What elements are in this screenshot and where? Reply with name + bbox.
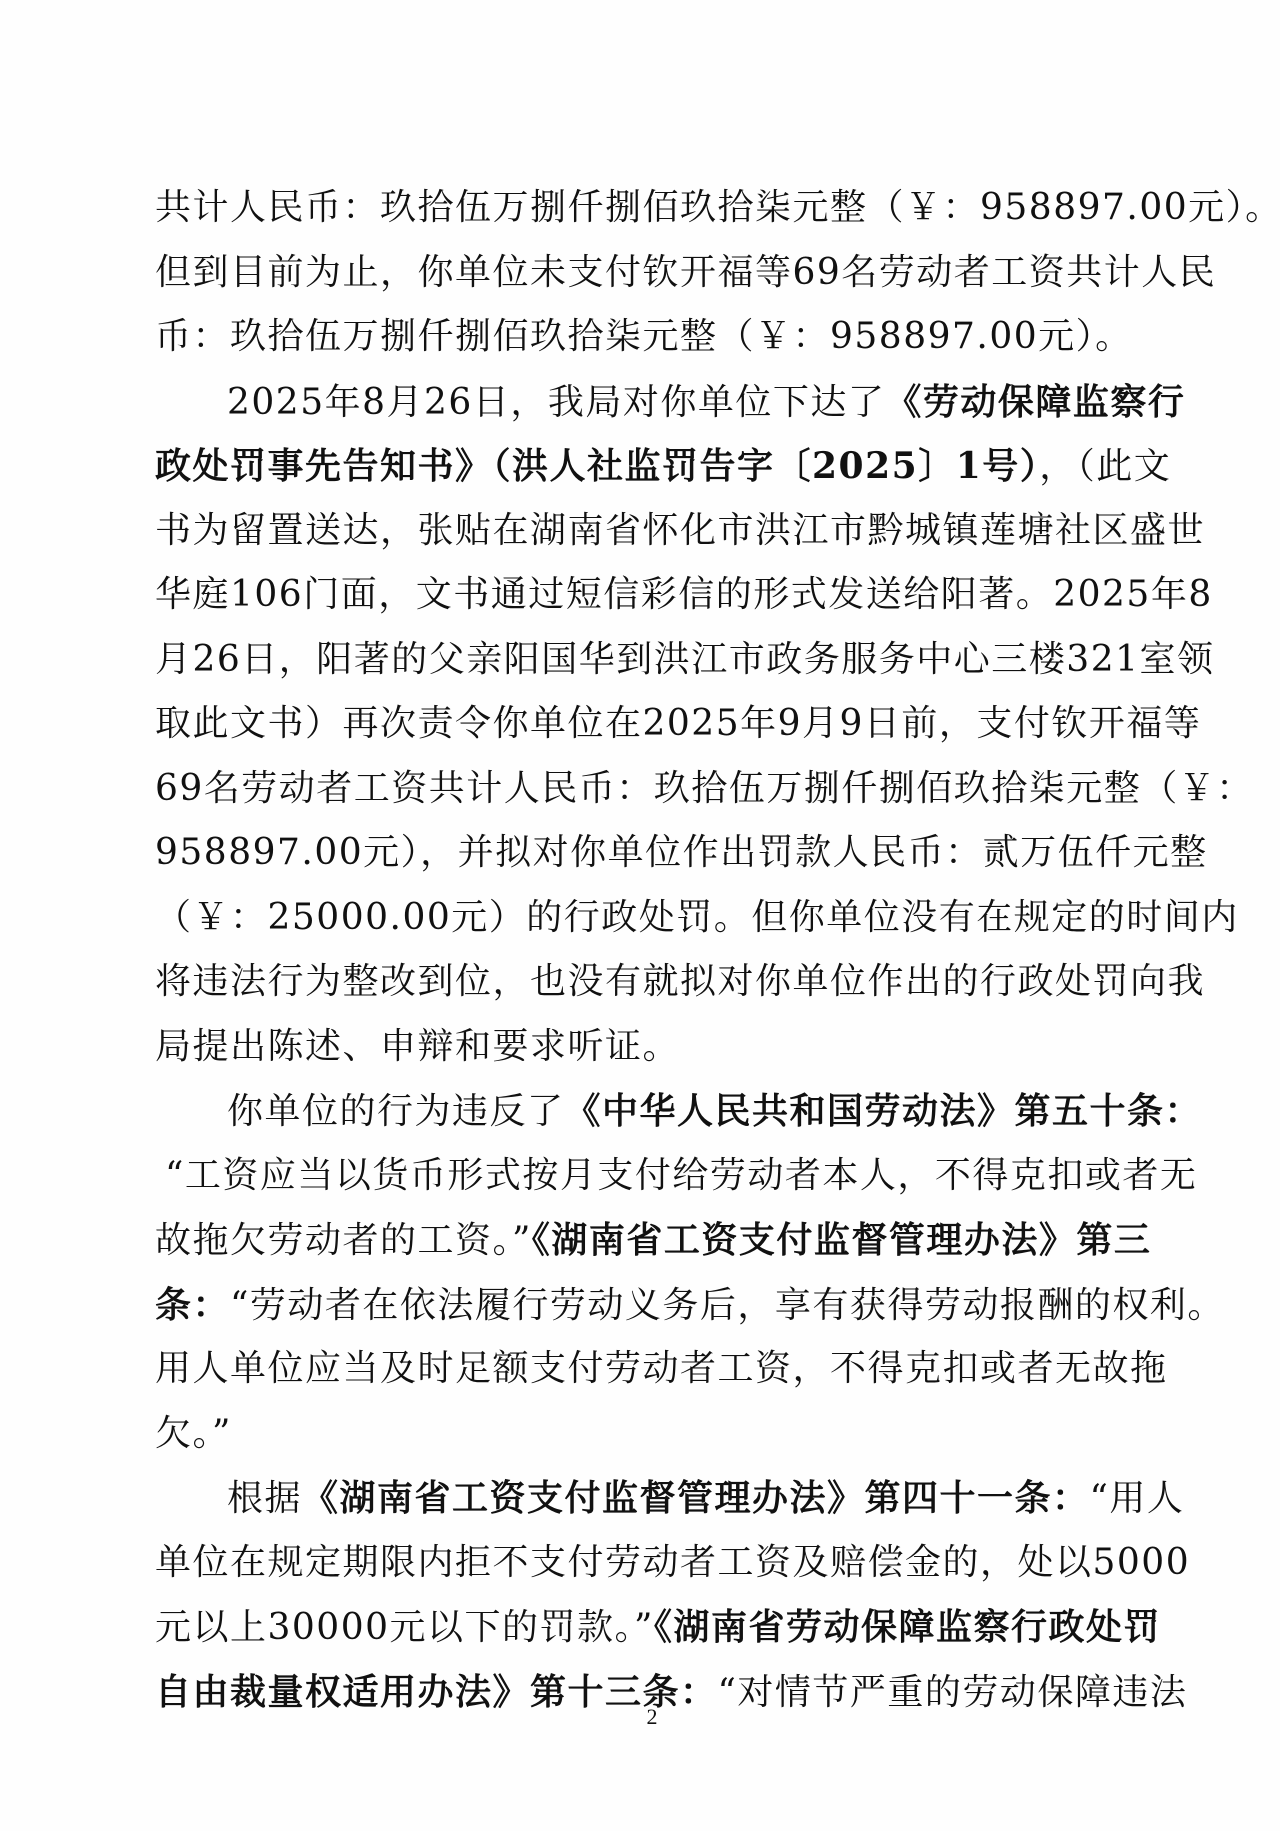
bold-citation: 政处罚事先告知书》（洪人社监罚告字〔2025〕1号） <box>155 445 1039 487</box>
text-line: （￥：25000.00元）的行政处罚。但你单位没有在规定的时间内 <box>155 886 1130 951</box>
text-line: 欠。” <box>155 1402 1130 1467</box>
text-line: 2025年8月26日，我局对你单位下达了《劳动保障监察行 <box>155 370 1130 435</box>
text-line: 币：玖拾伍万捌仟捌佰玖拾柒元整（￥：958897.00元）。 <box>155 305 1130 370</box>
text-line: 根据《湖南省工资支付监督管理办法》第四十一条：“用人 <box>155 1466 1130 1531</box>
bold-citation: 《湖南省工资支付监督管理办法》第三 <box>532 1219 1152 1261</box>
text-segment: 根据 <box>227 1478 302 1519</box>
text-line: “工资应当以货币形式按月支付给劳动者本人，不得克扣或者无 <box>155 1144 1130 1209</box>
bold-citation: 条： <box>155 1284 230 1326</box>
text-line: 条：“劳动者在依法履行劳动义务后，享有获得劳动报酬的权利。 <box>155 1273 1130 1338</box>
text-segment: 月26日，阳著的父亲阳国华到洪江市政务服务中心三楼321室领 <box>155 639 1215 680</box>
document-body: 共计人民币：玖拾伍万捌仟捌佰玖拾柒元整（￥：958897.00元）。但到目前为止… <box>155 176 1130 1724</box>
text-segment: 故拖欠劳动者的工资。” <box>155 1220 532 1261</box>
text-segment: （￥：25000.00元）的行政处罚。但你单位没有在规定的时间内 <box>155 897 1239 938</box>
text-segment: 958897.00元），并拟对你单位作出罚款人民币：贰万伍仟元整 <box>155 832 1208 873</box>
text-segment: 2025年8月26日，我局对你单位下达了 <box>227 382 885 423</box>
text-line: 用人单位应当及时足额支付劳动者工资，不得克扣或者无故拖 <box>155 1337 1130 1402</box>
text-segment: 单位在规定期限内拒不支付劳动者工资及赔偿金的，处以5000 <box>155 1542 1190 1583</box>
text-line: 958897.00元），并拟对你单位作出罚款人民币：贰万伍仟元整 <box>155 821 1130 886</box>
text-segment: “对情节严重的劳动保障违法 <box>718 1672 1188 1713</box>
bold-citation: 《劳动保障监察行 <box>885 381 1185 423</box>
text-line: 单位在规定期限内拒不支付劳动者工资及赔偿金的，处以5000 <box>155 1531 1130 1596</box>
text-line: 69名劳动者工资共计人民币：玖拾伍万捌仟捌佰玖拾柒元整（￥： <box>155 757 1130 822</box>
text-line: 政处罚事先告知书》（洪人社监罚告字〔2025〕1号），（此文 <box>155 434 1130 499</box>
text-line: 但到目前为止，你单位未支付钦开福等69名劳动者工资共计人民 <box>155 241 1130 306</box>
text-segment: 但到目前为止，你单位未支付钦开福等69名劳动者工资共计人民 <box>155 252 1216 293</box>
text-segment: 你单位的行为违反了 <box>227 1091 565 1132</box>
text-line: 局提出陈述、申辩和要求听证。 <box>155 1015 1130 1080</box>
text-line: 书为留置送达，张贴在湖南省怀化市洪江市黔城镇莲塘社区盛世 <box>155 499 1130 564</box>
text-line: 元以上30000元以下的罚款。”《湖南省劳动保障监察行政处罚 <box>155 1595 1130 1660</box>
text-segment: 取此文书）再次责令你单位在2025年9月9日前，支付钦开福等 <box>155 703 1201 744</box>
text-line: 你单位的行为违反了《中华人民共和国劳动法》第五十条： <box>155 1079 1130 1144</box>
text-segment: “劳动者在依法履行劳动义务后，享有获得劳动报酬的权利。 <box>230 1285 1225 1326</box>
bold-citation: 《中华人民共和国劳动法》第五十条： <box>565 1090 1203 1132</box>
text-line: 将违法行为整改到位，也没有就拟对你单位作出的行政处罚向我 <box>155 950 1130 1015</box>
text-segment: ，（此文 <box>1039 446 1171 487</box>
document-page: 共计人民币：玖拾伍万捌仟捌佰玖拾柒元整（￥：958897.00元）。但到目前为止… <box>0 0 1280 1831</box>
text-line: 故拖欠劳动者的工资。”《湖南省工资支付监督管理办法》第三 <box>155 1208 1130 1273</box>
bold-citation: 《湖南省工资支付监督管理办法》第四十一条： <box>302 1477 1090 1519</box>
text-segment: 元以上30000元以下的罚款。” <box>155 1607 654 1648</box>
text-segment: 币：玖拾伍万捌仟捌佰玖拾柒元整（￥：958897.00元）。 <box>155 316 1133 357</box>
text-segment: 局提出陈述、申辩和要求听证。 <box>155 1026 680 1067</box>
text-line: 月26日，阳著的父亲阳国华到洪江市政务服务中心三楼321室领 <box>155 628 1130 693</box>
text-segment: 69名劳动者工资共计人民币：玖拾伍万捌仟捌佰玖拾柒元整（￥： <box>155 768 1254 809</box>
text-segment: “工资应当以货币形式按月支付给劳动者本人，不得克扣或者无 <box>165 1155 1197 1196</box>
text-segment: 欠。” <box>155 1413 232 1454</box>
text-segment: “用人 <box>1090 1478 1185 1519</box>
page-number: 2 <box>640 1704 664 1730</box>
text-line: 华庭106门面，文书通过短信彩信的形式发送给阳著。2025年8 <box>155 563 1130 628</box>
text-segment: 共计人民币：玖拾伍万捌仟捌佰玖拾柒元整（￥：958897.00元）。 <box>155 187 1280 228</box>
bold-citation: 自由裁量权适用办法》第十三条： <box>155 1671 718 1713</box>
text-line: 共计人民币：玖拾伍万捌仟捌佰玖拾柒元整（￥：958897.00元）。 <box>155 176 1130 241</box>
text-segment: 书为留置送达，张贴在湖南省怀化市洪江市黔城镇莲塘社区盛世 <box>155 510 1205 551</box>
text-segment: 用人单位应当及时足额支付劳动者工资，不得克扣或者无故拖 <box>155 1348 1168 1389</box>
text-segment: 将违法行为整改到位，也没有就拟对你单位作出的行政处罚向我 <box>155 961 1205 1002</box>
text-line: 取此文书）再次责令你单位在2025年9月9日前，支付钦开福等 <box>155 692 1130 757</box>
bold-citation: 《湖南省劳动保障监察行政处罚 <box>654 1606 1161 1648</box>
text-segment: 华庭106门面，文书通过短信彩信的形式发送给阳著。2025年8 <box>155 574 1213 615</box>
